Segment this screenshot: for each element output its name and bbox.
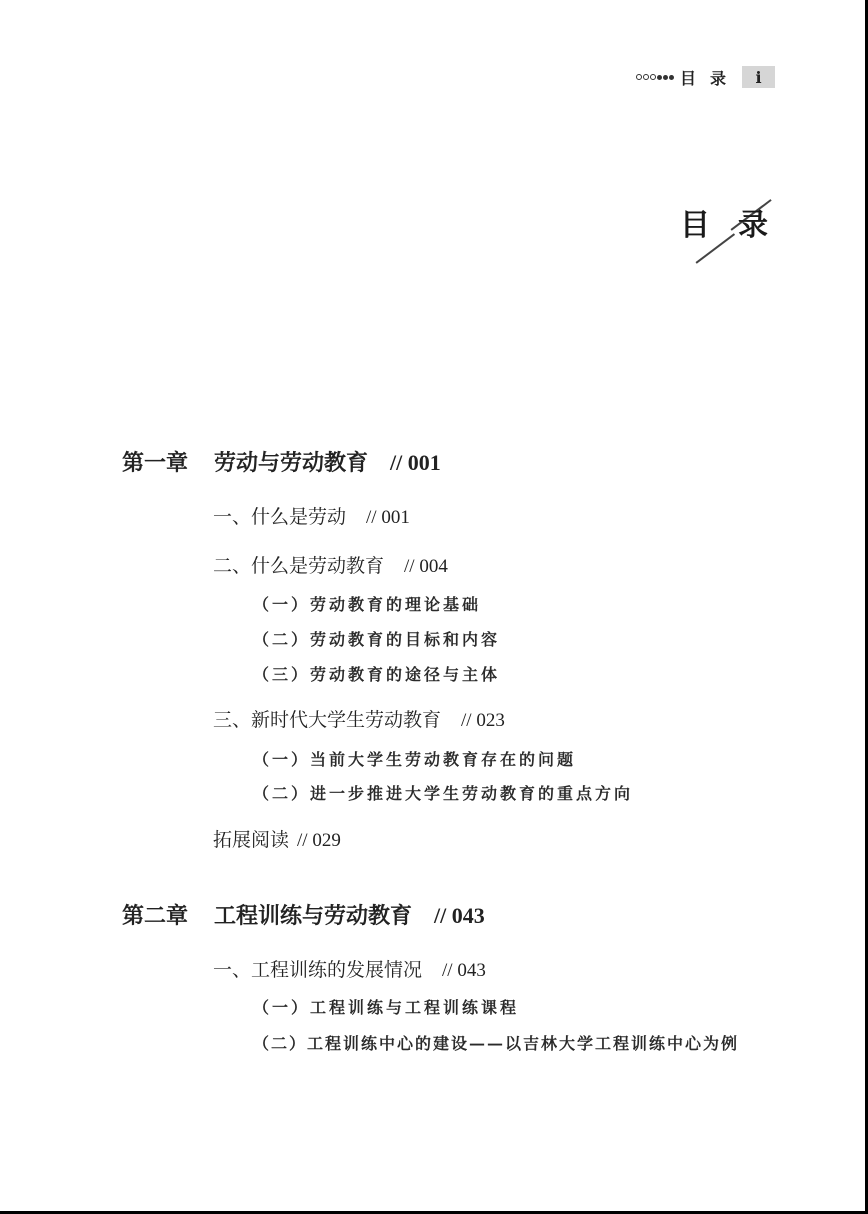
toc-subsection[interactable]: （二）劳动教育的目标和内容 (253, 627, 500, 650)
chapter-number: 第一章 (122, 446, 214, 477)
running-header: 目 录 i (636, 64, 775, 90)
decorative-dots-icon (636, 74, 674, 80)
toc-extended-reading[interactable]: 拓展阅读// 029 (213, 825, 341, 852)
toc-section[interactable]: 一、工程训练的发展情况// 043 (213, 955, 486, 982)
toc-subsection[interactable]: （一）劳动教育的理论基础 (253, 592, 481, 615)
chapter-title: 劳动与劳动教育 (214, 450, 368, 476)
section-page: // 023 (461, 710, 505, 731)
section-title: 一、什么是劳动 (213, 506, 346, 528)
page-title-char-1: 目 (680, 200, 710, 244)
chapter-page: // 043 (434, 903, 485, 928)
page-title-char-2: 录 (738, 200, 768, 244)
toc-subsection[interactable]: （三）劳动教育的途径与主体 (253, 662, 500, 685)
chapter-page: // 001 (390, 450, 441, 475)
section-title: 三、新时代大学生劳动教育 (213, 709, 441, 731)
section-title: 一、工程训练的发展情况 (213, 959, 422, 981)
toc-subsection[interactable]: （二）进一步推进大学生劳动教育的重点方向 (253, 781, 633, 804)
toc-subsection[interactable]: （一）当前大学生劳动教育存在的问题 (253, 747, 576, 770)
toc-subsection[interactable]: （一）工程训练与工程训练课程 (253, 995, 519, 1018)
section-page: // 001 (366, 507, 410, 528)
header-title-char-1: 目 (680, 66, 696, 89)
toc-chapter-2[interactable]: 第二章工程训练与劳动教育// 043 (122, 899, 485, 930)
toc-section[interactable]: 三、新时代大学生劳动教育// 023 (213, 705, 505, 732)
section-page: // 029 (297, 830, 341, 851)
chapter-title: 工程训练与劳动教育 (214, 903, 412, 929)
toc-section[interactable]: 一、什么是劳动// 001 (213, 502, 410, 529)
section-page: // 043 (442, 960, 486, 981)
toc-subsection[interactable]: （二）工程训练中心的建设——以吉林大学工程训练中心为例 (253, 1031, 739, 1054)
section-page: // 004 (404, 556, 448, 577)
header-title-char-2: 录 (710, 66, 726, 89)
toc-chapter-1[interactable]: 第一章劳动与劳动教育// 001 (122, 446, 441, 477)
section-title: 拓展阅读 (213, 829, 289, 851)
page-number: i (742, 66, 775, 88)
chapter-number: 第二章 (122, 899, 214, 930)
section-title: 二、什么是劳动教育 (213, 555, 384, 577)
book-page: 目 录 i 目 录 第一章劳动与劳动教育// 001 一、什么是劳动// 001… (0, 0, 868, 1214)
page-title: 目 录 (680, 200, 780, 240)
toc-section[interactable]: 二、什么是劳动教育// 004 (213, 551, 448, 578)
